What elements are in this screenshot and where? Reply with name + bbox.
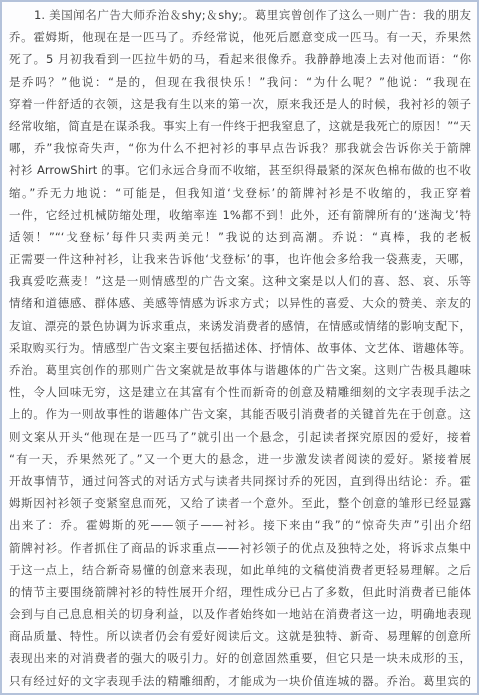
- text-line: 商品质量、特性。所以读者仍会有爱好阅读后文。这就是独特、新奇、易理解的创意所: [9, 625, 471, 647]
- text-line: 开故事情节，通过问答式的对话方式与读者共同探讨乔的死因，直到得出结论：乔。霍: [9, 470, 471, 492]
- text-line: 表现出来的对消费者的强大的吸引力。好的创意固然重要，但它只是一块未成形的玉，: [9, 647, 471, 669]
- text-line: 一件，它经过机械防缩处理，收缩率连 1%都不到！此外，还有箭牌所有的‘迷淘戈’特: [9, 204, 471, 226]
- text-line: 适领！”“‘戈登标’每件只卖两美元！”我说的达到高潮。乔说：“真棒，我的老板: [9, 226, 471, 248]
- text-line: “有一天，乔果然死了。”又一个更大的悬念，进一步激发读者阅读的爱好。紧接着展: [9, 448, 471, 470]
- text-line: 我真爱吃燕麦！”这是一则情感型的广告文案。这种文案是以人们的喜、怒、哀、乐等: [9, 270, 471, 292]
- text-line: 经常收缩，简直是在谋杀我。事实上有一件终于把我窒息了，这就是我死亡的原因！”“天: [9, 115, 471, 137]
- text-line: 哪，乔”我惊奇失声，“你为什么不把衬衫的事早点告诉我？那我就会告诉你关于箭牌: [9, 137, 471, 159]
- text-line: 出来了：乔。霍姆斯的死——领子——衬衫。接下来由“我”的“惊奇失声”引出介绍: [9, 514, 471, 536]
- text-line: 衬衫 ArrowShirt 的事。它们永远合身而不收缩，甚至织得最紧的深灰色棉布…: [9, 159, 471, 181]
- text-line: 乔治。葛里宾创作的那则广告文案就是故事体与谐趣体的广告文案。这则广告极具趣味: [9, 359, 471, 381]
- text-line: 穿着一件舒适的衣领，这是我有生以来的第一次，原来我还是人的时候，我衬衫的领子: [9, 93, 471, 115]
- text-line: 则文案从开头“他现在是一匹马了”就引出一个悬念，引起读者探究原因的爱好，接着: [9, 426, 471, 448]
- text-line: 于这一点上，结合新奇易懂的创意来表现，如此单纯的文稿使消费者更轻易理解。之后: [9, 559, 471, 581]
- text-line: 箭牌衬衫。作者抓住了商品的诉求重点——衬衫领子的优点及独特之处，将诉求点集中: [9, 537, 471, 559]
- text-line: 会到与自己息息相关的切身利益，以及作者始终如一地站在消费者这一边，明确地表现: [9, 603, 471, 625]
- text-line: 正需要一件这种衬衫，让我来告诉他‘戈登标’的事，也许他会多给我一袋燕麦，天哪，: [9, 248, 471, 270]
- text-line: 友谊、漂亮的景色协调为诉求重点，来诱发消费者的感情，在情感或情绪的影响支配下，: [9, 315, 471, 337]
- text-line: 是乔吗？”他说：“是的，但现在我很快乐！”我问：“为什么呢？”他说：“我现在: [9, 71, 471, 93]
- text-line: 上的。作为一则故事性的谐趣体广告文案，其能否吸引消费者的关键首先在于创意。这: [9, 403, 471, 425]
- text-line: 死了。5 月初我看到一匹拉牛奶的马，看起来很像乔。我静静地凑上去对他而语：“你: [9, 48, 471, 70]
- text-line: 1. 美国闻名广告大师乔治＆shy;＆shy;。葛里宾曾创作了这么一则广告：我的…: [9, 4, 471, 26]
- text-line: 只有经过好的文字表现手法的精雕细酌，才能成为一块价值连城的器。乔治。葛里宾的: [9, 670, 471, 692]
- text-lines: 1. 美国闻名广告大师乔治＆shy;＆shy;。葛里宾曾创作了这么一则广告：我的…: [9, 4, 471, 692]
- text-line: 采取购买行为。情感型广告文案主要包括描述体、抒情体、故事体、文艺体、谐趣体等。: [9, 337, 471, 359]
- text-line: 情绪和道德感、群体感、美感等情感为诉求方式；以异性的喜爱、大众的赞美、亲友的: [9, 292, 471, 314]
- text-line: 性，令人回味无穷，这是建立在其富有个性而新奇的创意及精雕细刻的文字表现手法之: [9, 381, 471, 403]
- text-line: 姆斯因衬衫领子变紧窒息而死，又给了读者一个意外。至此，整个创意的雏形已经显露: [9, 492, 471, 514]
- text-line: 的情节主要围绕箭牌衬衫的特性展开介绍，理性成分已占了多数，但此时消费者已能体: [9, 581, 471, 603]
- text-line: 乔。霍姆斯，他现在是一匹马了。乔经常说，他死后愿意变成一匹马。有一天，乔果然: [9, 26, 471, 48]
- document-page: 1. 美国闻名广告大师乔治＆shy;＆shy;。葛里宾曾创作了这么一则广告：我的…: [0, 0, 479, 695]
- text-line: 缩。”乔无力地说：“可能是，但我知道‘戈登标’的箭牌衬衫是不收缩的，我正穿着: [9, 182, 471, 204]
